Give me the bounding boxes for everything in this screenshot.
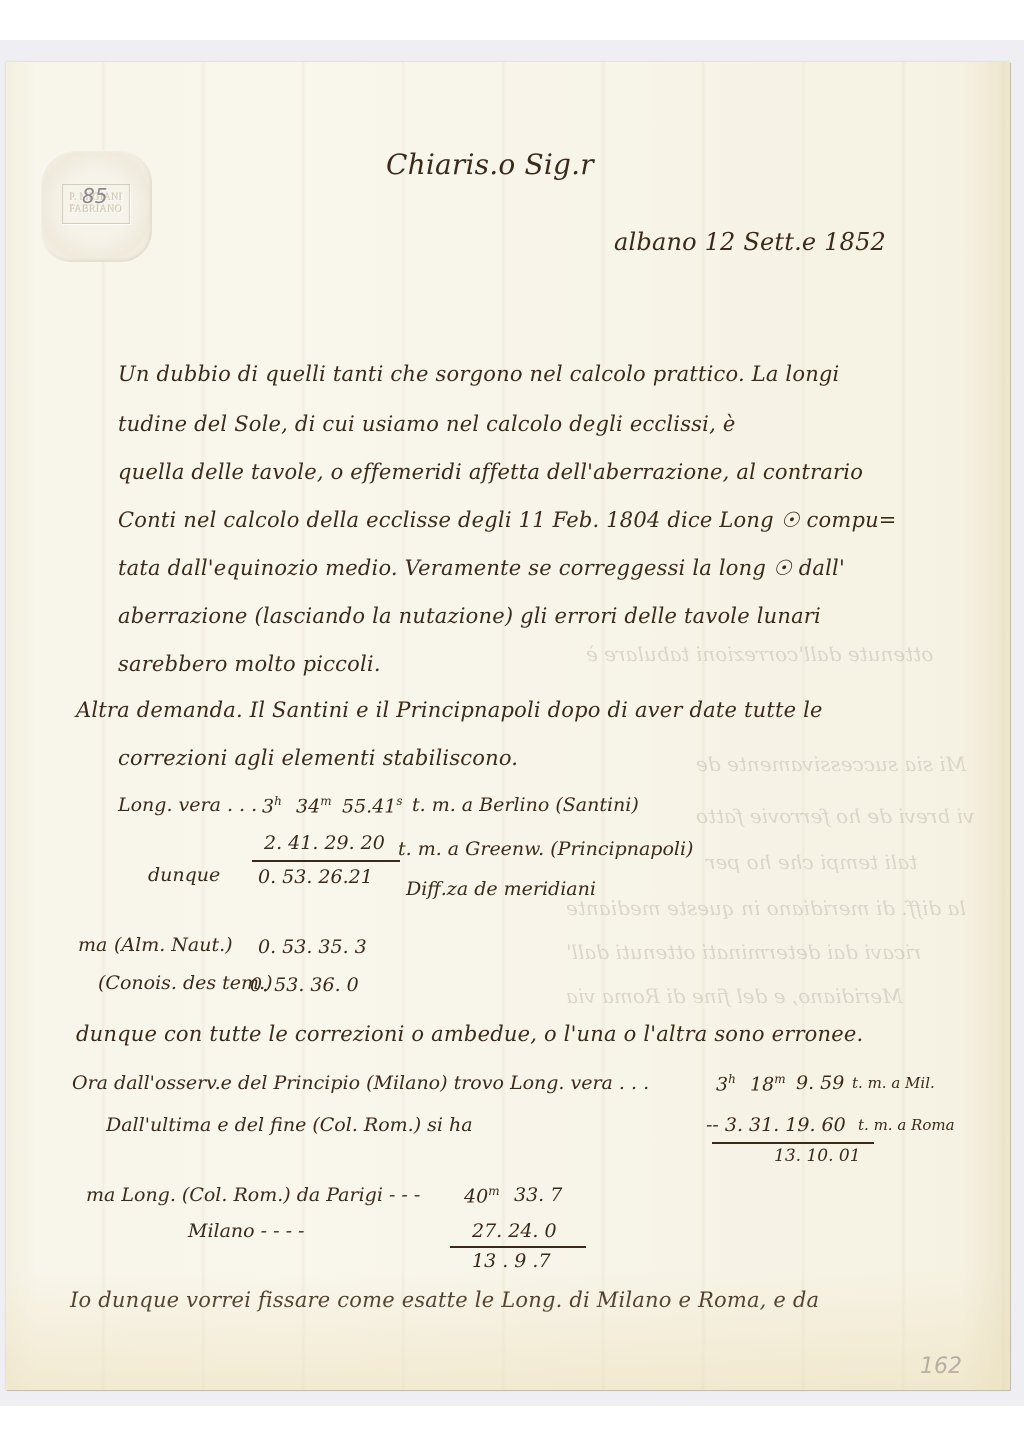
bleed-through-line: tali tempi che ho per (706, 850, 917, 874)
bleed-through-line: ricavi dai determinati ottenuti dall' (566, 940, 921, 964)
bleed-through-line: Mi sia successivamente de (696, 752, 966, 776)
dateline: albano 12 Sett.e 1852 (614, 228, 886, 256)
text-line: Altra demanda. Il Santini e il Principna… (76, 698, 823, 722)
minutes-value: 18 (750, 1073, 774, 1095)
calc-suffix: t. m. a Greenw. (Principnapoli) (398, 838, 693, 860)
calc-result: 0. 53. 26.21 (258, 866, 373, 888)
subtraction-rule (450, 1246, 586, 1248)
text-line: correzioni agli elementi stabiliscono. (118, 746, 518, 770)
comparison-prefix: ma (78, 934, 107, 956)
calc-seconds: 55.41s (342, 794, 403, 817)
calc-value: 2. 41. 29. 20 (264, 832, 385, 854)
calc-text: Ora dall'osserv.e del Principio (Milano)… (72, 1072, 649, 1094)
seconds-value: 9. 59 (796, 1072, 844, 1094)
text-line: tata dall'equinozio medio. Veramente se … (118, 556, 845, 580)
text-line: Conti nel calcolo della ecclisse degli 1… (118, 508, 897, 532)
calc-hours: 3h (716, 1072, 736, 1095)
seconds-value: 55.41 (342, 795, 396, 817)
calc-text: ma Long. (Col. Rom.) da Parigi - - - (86, 1184, 420, 1206)
minutes-value: 40 (464, 1185, 488, 1207)
letter-page: P. MIGIANI FABRIANO 85 ottenute dall'cor… (6, 62, 1010, 1390)
calc-suffix: t. m. a Roma (858, 1116, 955, 1134)
text-line: quella delle tavole, o effemeridi affett… (118, 460, 863, 484)
calc-minutes: 40m (464, 1184, 500, 1207)
calc-result-label: dunque (148, 864, 220, 886)
bleed-through-line: vi brevi de ho ferrovie fatto (696, 804, 974, 828)
calc-value: -- 3. 31. 19. 60 (706, 1114, 846, 1136)
text-line: tudine del Sole, di cui usiamo nel calco… (118, 412, 735, 436)
seconds-value: 33. 7 (514, 1184, 562, 1206)
hours-value: 3 (716, 1073, 728, 1095)
calc-minutes: 18m (750, 1072, 786, 1095)
comparison-value: 0. 53. 35. 3 (258, 936, 367, 958)
hours-value: 3 (262, 795, 274, 817)
text-line: Un dubbio di quelli tanti che sorgono ne… (118, 362, 839, 386)
archive-number-bottom: 162 (920, 1354, 962, 1379)
calc-result: 13. 10. 01 (774, 1146, 861, 1166)
calc-suffix: t. m. a Mil. (852, 1074, 935, 1092)
salutation: Chiaris.o Sig.r (386, 148, 594, 181)
subtraction-rule (712, 1142, 874, 1144)
minutes-value: 34 (296, 795, 320, 817)
archive-number-top: 85 (82, 184, 107, 208)
closing-line: Io dunque vorrei fissare come esatte le … (70, 1288, 819, 1312)
calc-minutes: 34m (296, 794, 332, 817)
calc-value: 27. 24. 0 (472, 1220, 557, 1242)
calc-seconds: 33. 7 (514, 1184, 562, 1206)
calc-suffix: t. m. a Berlino (Santini) (412, 794, 639, 816)
subtraction-rule (252, 860, 400, 862)
calc-result-note: Diff.za de meridiani (406, 878, 596, 900)
calc-result: 13 . 9 .7 (472, 1250, 551, 1272)
calc-text: Dall'ultima e del fine (Col. Rom.) si ha (106, 1114, 473, 1136)
comparison-source: (Conois. des tem.) (98, 972, 273, 994)
calc-seconds: 9. 59 (796, 1072, 844, 1094)
comparison-value: 0. 53. 36. 0 (250, 974, 359, 996)
conclusion-line: dunque con tutte le correzioni o ambedue… (76, 1022, 863, 1046)
calc-hours: 3h (262, 794, 282, 817)
text-line: aberrazione (lasciando la nutazione) gli… (118, 604, 821, 628)
bleed-through-line: Meridiano, e del fine di Roma via (566, 984, 903, 1008)
bleed-through-line: ottenute dall'correzioni tabulare è (586, 642, 933, 666)
calc-text: Milano - - - - (188, 1220, 304, 1242)
bleed-through-line: la diff. di meridiano in queste mediante (566, 896, 966, 920)
text-line: sarebbero molto piccoli. (118, 652, 381, 676)
comparison-source: (Alm. Naut.) (114, 934, 233, 956)
calc-label: Long. vera . . . (118, 794, 257, 816)
